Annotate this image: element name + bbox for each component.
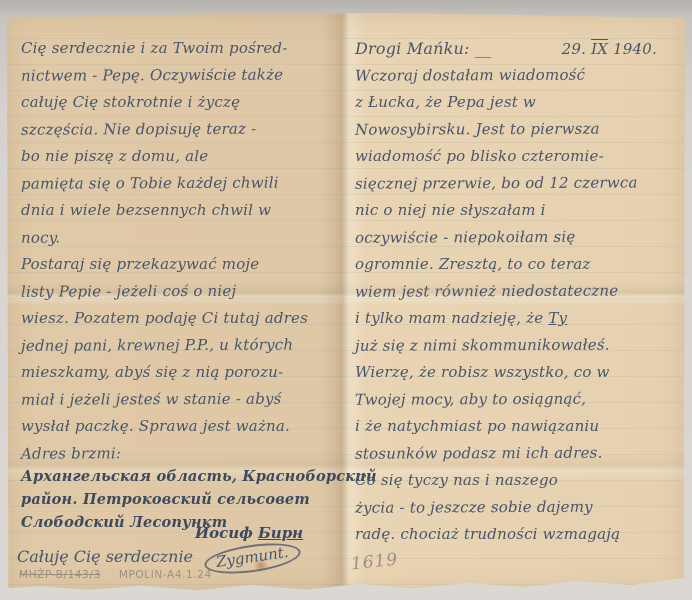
letter-line: nocy. bbox=[21, 223, 347, 251]
letter-line: wiadomość po blisko czteromie- bbox=[355, 143, 681, 170]
inventory-number-new: MPOLIN-A4.1.24 bbox=[119, 569, 212, 581]
address-line: Архангельская область, Красноборский bbox=[21, 465, 377, 488]
letter-line: życia - to jeszcze sobie dajemy bbox=[355, 493, 681, 521]
date-month: IX bbox=[591, 40, 608, 58]
letter-line: wiesz. Pozatem podaję Ci tutaj adres bbox=[21, 305, 347, 332]
letter-line: Postaraj się przekazywać moje bbox=[21, 251, 347, 278]
letter-line: oczywiście - niepokoiłam się bbox=[355, 223, 681, 251]
letter-line: jednej pani, krewnej P.P., u których bbox=[21, 331, 347, 359]
letter-line: Nowosybirsku. Jest to pierwsza bbox=[355, 115, 681, 143]
letter-line: szczęścia. Nie dopisuję teraz - bbox=[21, 115, 347, 143]
letter-line: i że natychmiast po nawiązaniu bbox=[355, 413, 681, 440]
letter-line: nic o niej nie słyszałam i bbox=[355, 197, 681, 224]
letter-line: i tylko mam nadzieję, że Ty bbox=[355, 305, 681, 332]
letter-line: bo nie piszę z domu, ale bbox=[21, 143, 347, 170]
letter-line: całuję Cię stokrotnie i życzę bbox=[21, 89, 347, 116]
left-page: Cię serdecznie i za Twoim pośred- nictwe… bbox=[21, 35, 347, 467]
date-year: 1940. bbox=[613, 40, 657, 58]
letter-line: radę. chociaż trudności wzmagają bbox=[355, 521, 681, 548]
letter-line: ogromnie. Zresztą, to co teraz bbox=[355, 251, 681, 278]
letter-line: z Łucka, że Pepa jest w bbox=[355, 89, 681, 116]
letter-date: 29. IX 1940. bbox=[562, 36, 681, 63]
letter-line: sięcznej przerwie, bo od 12 czerwca bbox=[355, 169, 681, 197]
signature-cyrillic: Иосиф Бирн bbox=[195, 524, 303, 542]
letter-line: wysłał paczkę. Sprawa jest ważna. bbox=[21, 413, 347, 440]
salutation: Drogi Mańku: __ bbox=[355, 35, 491, 62]
scan-background: Cię serdecznie i za Twoim pośred- nictwe… bbox=[0, 0, 692, 600]
letter-line: pamięta się o Tobie każdej chwili bbox=[21, 169, 347, 197]
line-prefix: i tylko mam nadzieję, że bbox=[355, 309, 548, 327]
underlined-word: Ty bbox=[548, 309, 567, 327]
inventory-number-old: MHŻP-B/143/3 bbox=[19, 569, 101, 581]
letter-line: mieszkamy, abyś się z nią porozu- bbox=[21, 359, 347, 386]
signature-flourish: Zygmunt. bbox=[203, 538, 303, 578]
date-day: 29. bbox=[562, 40, 586, 58]
letter-line: Cię serdecznie i za Twoim pośred- bbox=[21, 35, 347, 62]
address-line: район. Петроковский сельсовет bbox=[21, 488, 377, 511]
letter-line: wiem jest również niedostateczne bbox=[355, 277, 681, 305]
closing-text: Całuję Cię serdecznie bbox=[17, 547, 193, 566]
folio-number: 1619 bbox=[350, 550, 399, 575]
letter-line: dnia i wiele bezsennych chwil w bbox=[21, 197, 347, 224]
letter-line: Twojej mocy, aby to osiągnąć, bbox=[355, 385, 681, 413]
letter-line: Wierzę, że robisz wszystko, co w bbox=[355, 359, 681, 386]
letter-paper: Cię serdecznie i za Twoim pośred- nictwe… bbox=[7, 13, 685, 592]
letter-line: nictwem - Pepę. Oczywiście także bbox=[21, 61, 347, 89]
letter-line: Wczoraj dostałam wiadomość bbox=[355, 61, 681, 89]
signature-last-name: Бирн bbox=[258, 524, 303, 542]
letter-line: Co się tyczy nas i naszego bbox=[355, 467, 681, 494]
signature-first-name: Иосиф bbox=[195, 524, 258, 542]
letter-line: już się z nimi skommunikowałeś. bbox=[355, 331, 681, 359]
ink-stain bbox=[253, 559, 269, 572]
letter-line: stosunków podasz mi ich adres. bbox=[355, 439, 681, 467]
letter-header: Drogi Mańku: __ 29. IX 1940. bbox=[355, 35, 681, 62]
right-page: Drogi Mańku: __ 29. IX 1940. Wczoraj dos… bbox=[355, 35, 681, 548]
letter-line: Adres brzmi: bbox=[21, 439, 347, 467]
letter-line: miał i jeżeli jesteś w stanie - abyś bbox=[21, 385, 347, 413]
letter-line: listy Pepie - jeżeli coś o niej bbox=[21, 277, 347, 305]
inventory-numbers: MHŻP-B/143/3 MPOLIN-A4.1.24 bbox=[19, 569, 212, 581]
